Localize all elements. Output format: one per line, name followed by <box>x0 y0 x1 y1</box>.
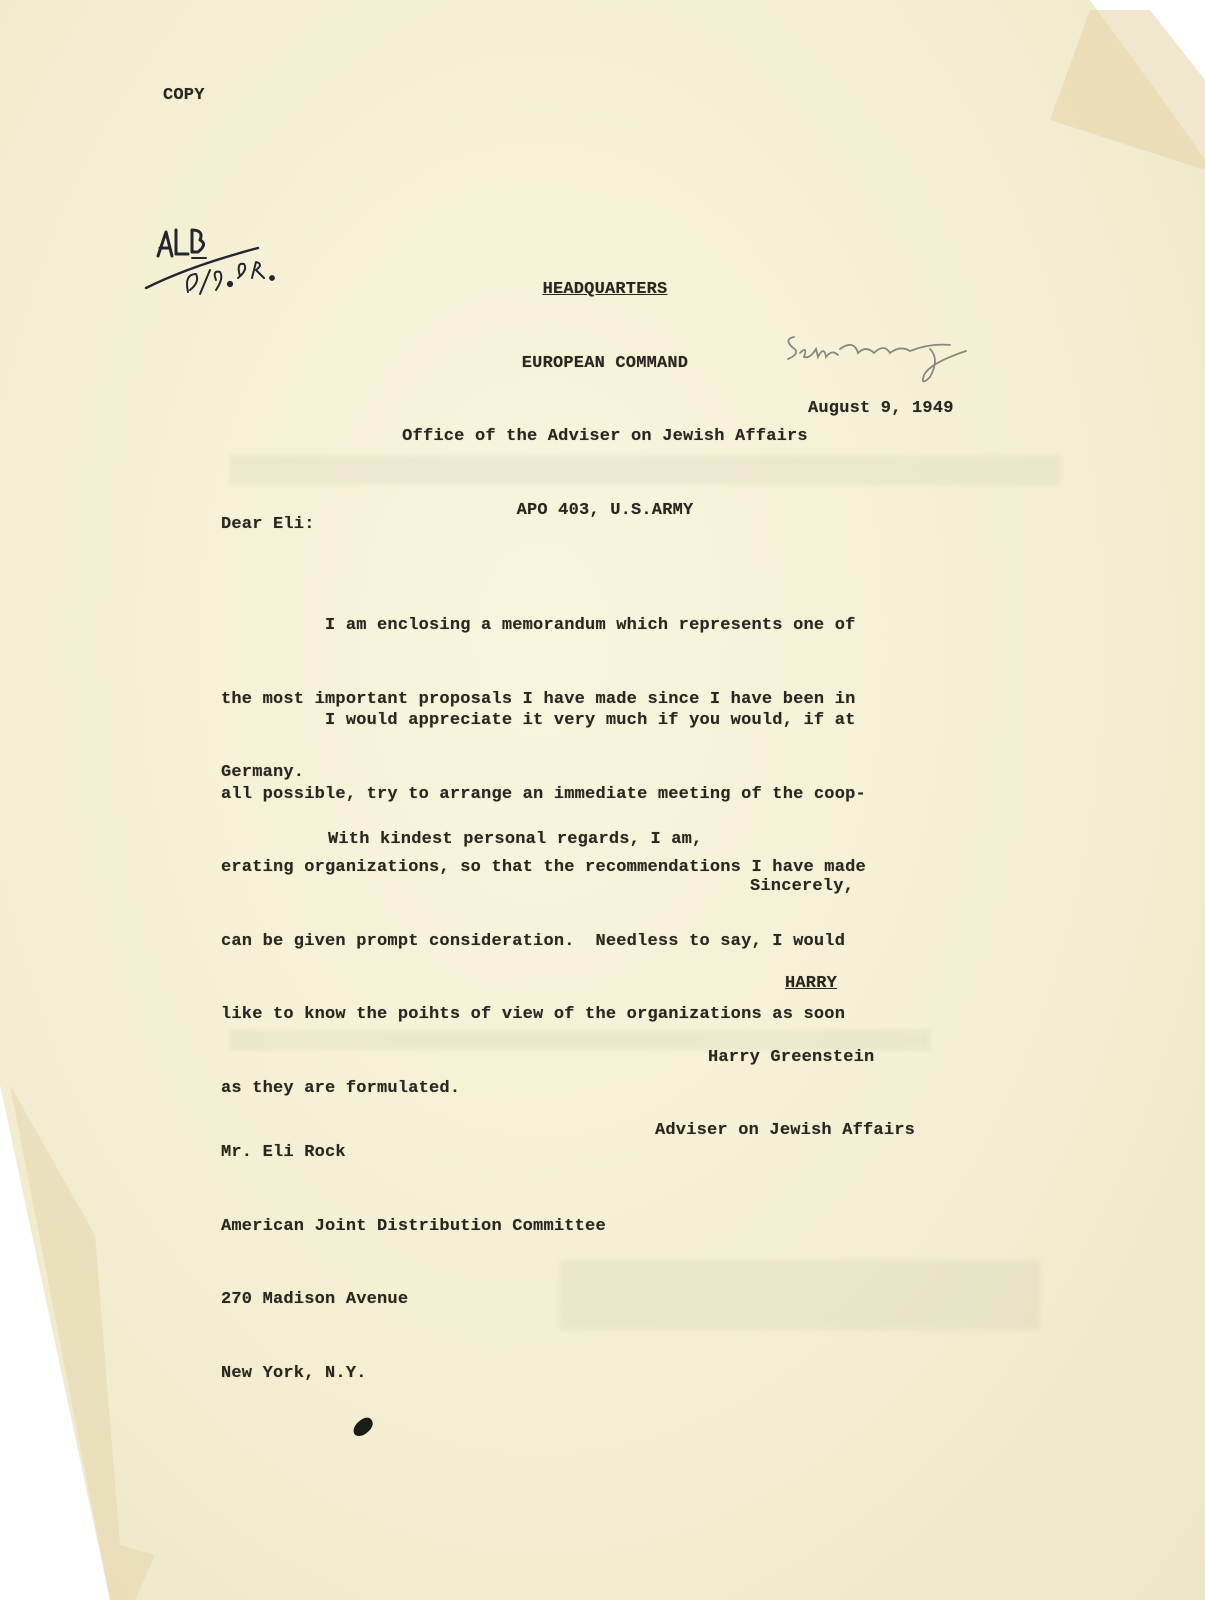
sign-off: Sincerely, <box>750 875 854 900</box>
salutation: Dear Eli: <box>221 513 315 538</box>
recipient-city: New York, N.Y. <box>221 1362 606 1387</box>
letterhead-office: Office of the Adviser on Jewish Affairs <box>375 425 835 450</box>
recipient-name: Mr. Eli Rock <box>221 1141 606 1166</box>
letterhead-headquarters: HEADQUARTERS <box>375 278 835 303</box>
body-line: I would appreciate it very much if you w… <box>221 709 941 734</box>
closing-line: With kindest personal regards, I am, <box>328 828 702 853</box>
letter-date: August 9, 1949 <box>808 397 954 422</box>
recipient-organization: American Joint Distribution Committee <box>221 1215 606 1240</box>
typed-signature: HARRY <box>655 972 915 997</box>
copy-mark: COPY <box>163 84 205 109</box>
letterhead-command: EUROPEAN COMMAND <box>375 352 835 377</box>
recipient-street: 270 Madison Avenue <box>221 1288 606 1313</box>
letterhead: HEADQUARTERS EUROPEAN COMMAND Office of … <box>375 229 835 572</box>
signature-block: HARRY Harry Greenstein Adviser on Jewish… <box>655 923 915 1193</box>
signatory-name: Harry Greenstein <box>655 1046 915 1071</box>
handwritten-reference-note <box>140 218 300 298</box>
body-line: I am enclosing a memorandum which repres… <box>221 614 941 639</box>
document-page: COPY HEADQUARTERS EUROPEAN COMMAND Offic… <box>0 0 1205 1600</box>
body-line: all possible, try to arrange an immediat… <box>221 783 941 808</box>
recipient-address: Mr. Eli Rock American Joint Distribution… <box>221 1092 606 1435</box>
show-through-text <box>560 1260 1040 1330</box>
signatory-title: Adviser on Jewish Affairs <box>655 1119 915 1144</box>
letterhead-apo: APO 403, U.S.ARMY <box>375 499 835 524</box>
pencil-initials <box>780 325 980 390</box>
